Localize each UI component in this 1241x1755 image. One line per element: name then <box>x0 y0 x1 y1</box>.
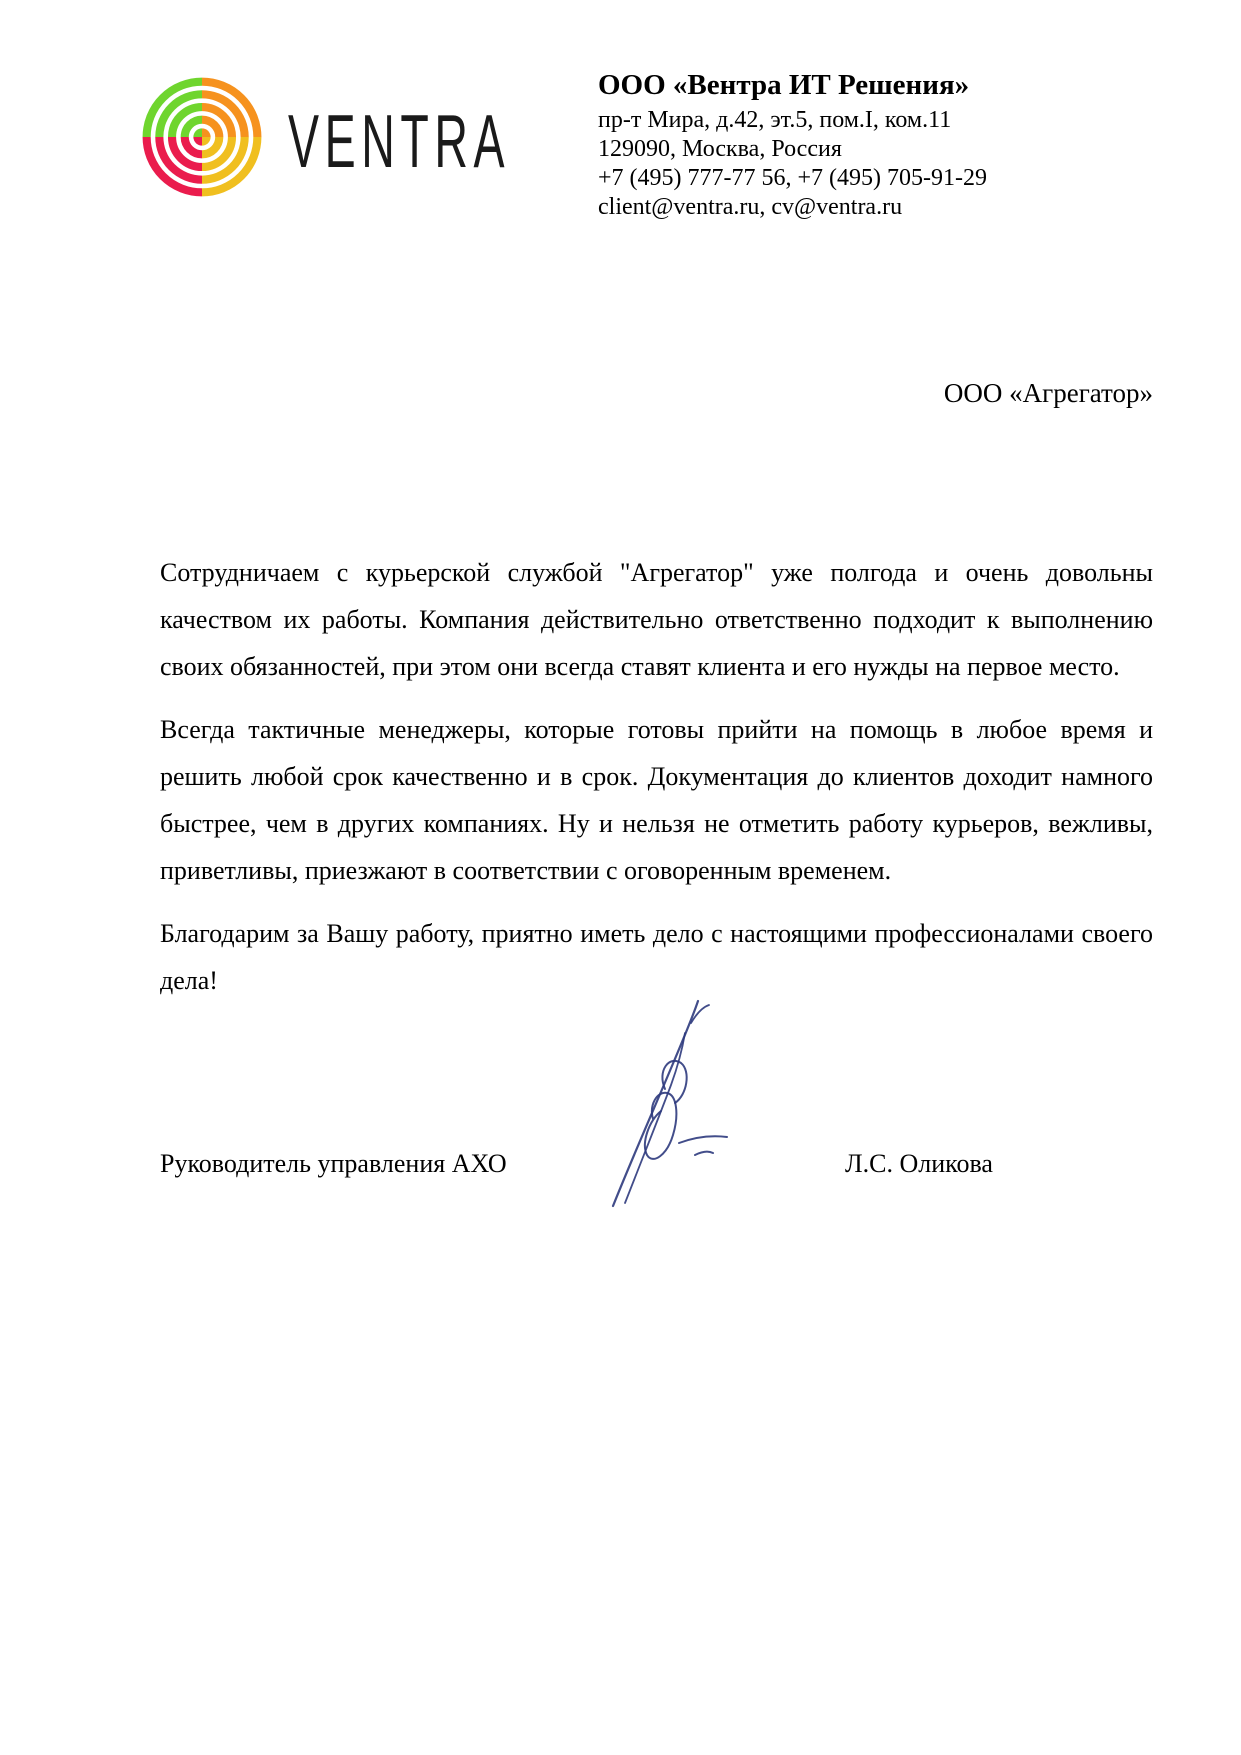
body-paragraph-1: Сотрудничаем с курьерской службой "Агрег… <box>160 549 1153 690</box>
company-name: ООО «Вентра ИТ Решения» <box>598 68 1158 102</box>
letter-page: VENTRA ООО «Вентра ИТ Решения» пр-т Мира… <box>0 0 1241 1755</box>
company-address-line-1: пр-т Мира, д.42, эт.5, пом.I, ком.11 <box>598 106 1158 135</box>
company-header: ООО «Вентра ИТ Решения» пр-т Мира, д.42,… <box>598 68 1158 222</box>
signer-name: Л.С. Оликова <box>845 1149 993 1179</box>
handwritten-signature <box>595 993 735 1208</box>
body-paragraph-2: Всегда тактичные менеджеры, которые гото… <box>160 706 1153 894</box>
ventra-rings-icon <box>138 73 266 201</box>
body-paragraph-3: Благодарим за Вашу работу, приятно иметь… <box>160 910 1153 1004</box>
letter-body: Сотрудничаем с курьерской службой "Агрег… <box>160 549 1153 1020</box>
company-address-line-2: 129090, Москва, Россия <box>598 135 1158 164</box>
signer-position-title: Руководитель управления АХО <box>160 1149 507 1179</box>
brand-wordmark: VENTRA <box>288 104 510 179</box>
recipient-line: ООО «Агрегатор» <box>160 378 1153 409</box>
company-phones: +7 (495) 777-77 56, +7 (495) 705-91-29 <box>598 164 1158 193</box>
company-emails: client@ventra.ru, cv@ventra.ru <box>598 193 1158 222</box>
